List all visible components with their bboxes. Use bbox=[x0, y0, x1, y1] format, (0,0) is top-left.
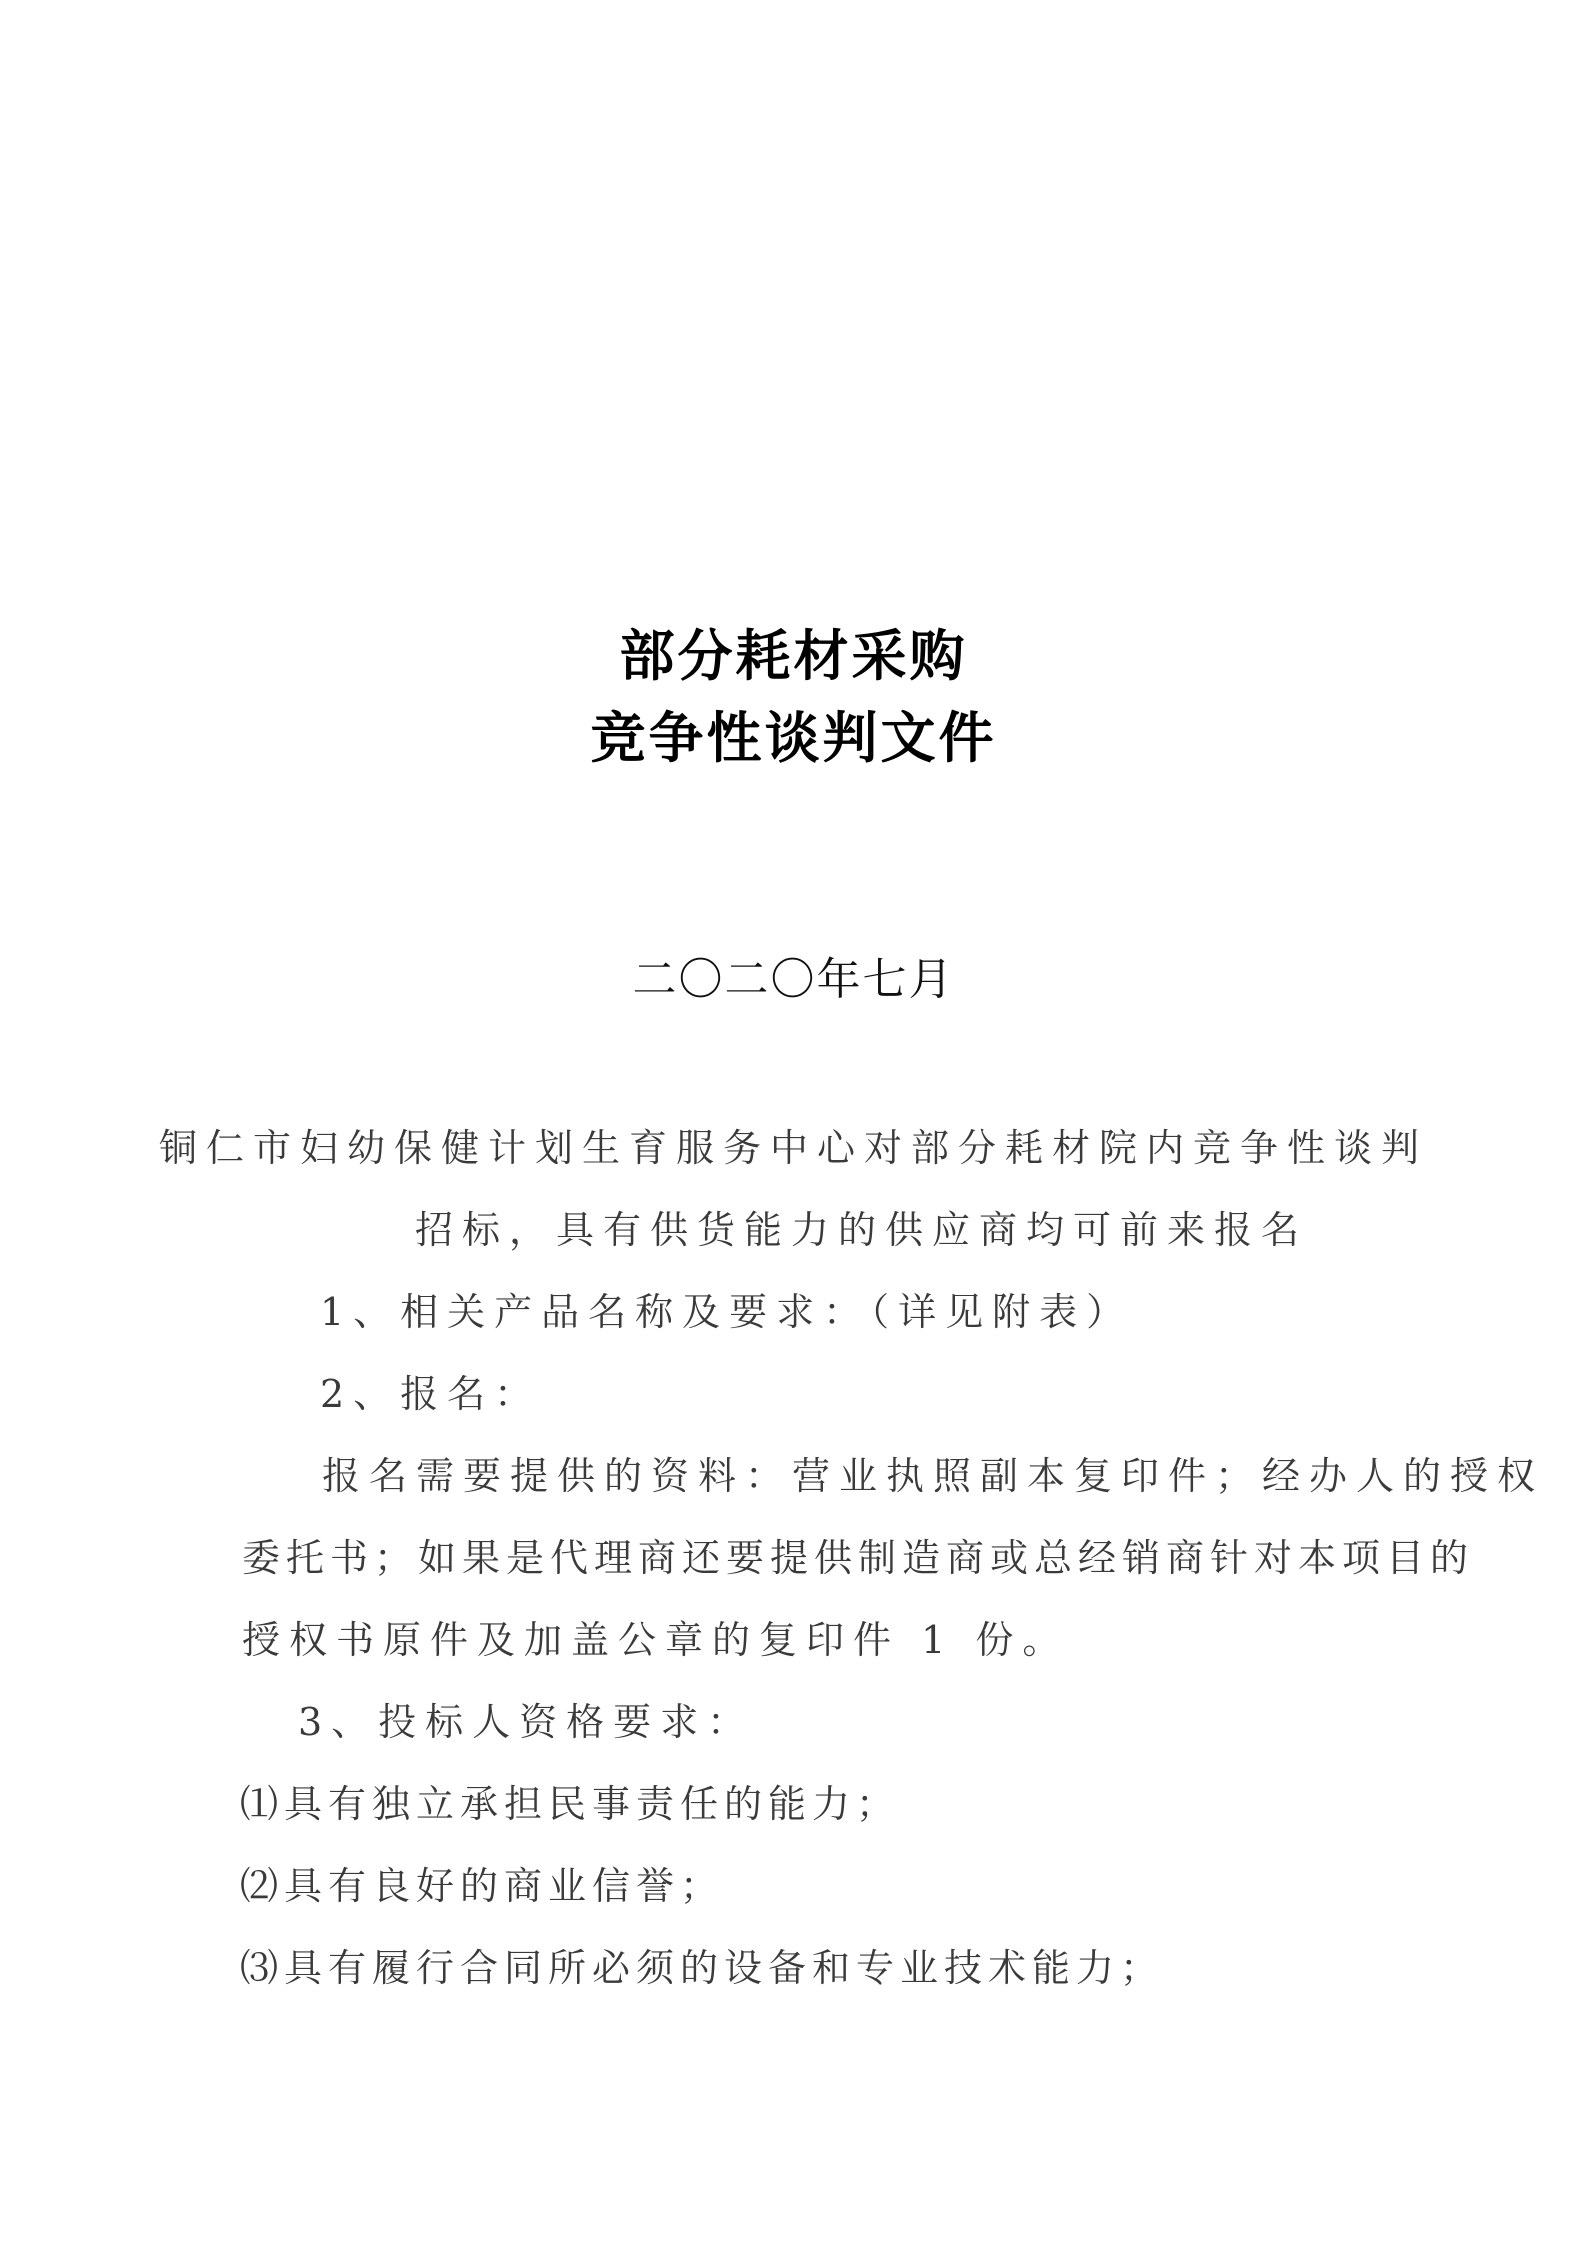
requirement-3: ⑶具有履行合同所必须的设备和专业技术能力； bbox=[240, 1943, 1164, 1993]
document-page: 部分耗材采购 竞争性谈判文件 二〇二〇年七月 铜仁市妇幼保健计划生育服务中心对部… bbox=[0, 0, 1587, 2245]
requirement-2: ⑵具有良好的商业信誉； bbox=[240, 1861, 724, 1911]
section-2-heading: 2、报名： bbox=[320, 1369, 541, 1419]
section-3-heading: 3、投标人资格要求： bbox=[298, 1697, 754, 1747]
section-1-heading: 1、相关产品名称及要求：（详见附表） bbox=[320, 1287, 1133, 1337]
intro-line-1: 铜仁市妇幼保健计划生育服务中心对部分耗材院内竞争性谈判 bbox=[0, 1123, 1587, 1173]
document-date: 二〇二〇年七月 bbox=[0, 950, 1587, 1010]
registration-line-1: 报名需要提供的资料：营业执照副本复印件；经办人的授权 bbox=[322, 1451, 1544, 1501]
title-line-1: 部分耗材采购 bbox=[0, 615, 1587, 697]
intro-line-2: 招标，具有供货能力的供应商均可前来报名 bbox=[415, 1205, 1308, 1255]
document-title: 部分耗材采购 竞争性谈判文件 bbox=[0, 615, 1587, 779]
requirement-1: ⑴具有独立承担民事责任的能力； bbox=[240, 1779, 900, 1829]
registration-line-2: 委托书；如果是代理商还要提供制造商或总经销商针对本项目的 bbox=[242, 1533, 1474, 1583]
title-line-2: 竞争性谈判文件 bbox=[0, 697, 1587, 779]
registration-line-3: 授权书原件及加盖公章的复印件 1 份。 bbox=[242, 1615, 1069, 1665]
